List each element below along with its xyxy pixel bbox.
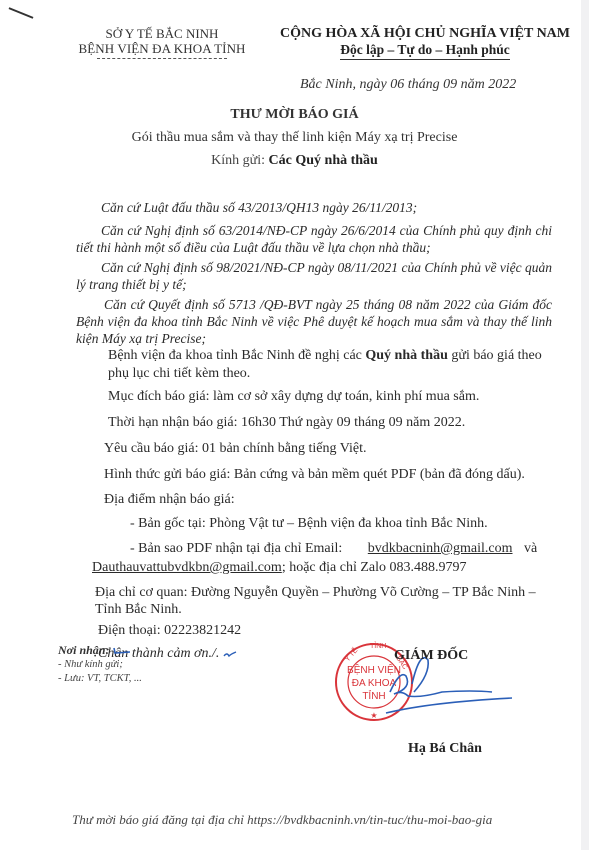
phone-line: Điện thoại: 02223821242	[98, 622, 241, 640]
address-block: Địa chỉ cơ quan: Đường Nguyễn Quyền – Ph…	[95, 584, 536, 618]
pdf-copy-prefix: - Bản sao PDF nhận tại địa chỉ Email:	[130, 541, 346, 556]
deadline-line: Thời hạn nhận báo giá: 16h30 Thứ ngày 09…	[108, 414, 465, 432]
svg-text:BỆNH VIỆN: BỆNH VIỆN	[347, 663, 401, 676]
purpose-line: Mục đích báo giá: làm cơ sở xây dựng dự …	[108, 388, 479, 406]
original-copy-line: - Bản gốc tại: Phòng Vật tư – Bệnh viện …	[130, 515, 488, 533]
requirement-line: Yêu cầu báo giá: 01 bản chính bằng tiếng…	[104, 440, 367, 458]
national-title: CỘNG HÒA XÃ HỘI CHỦ NGHĨA VIỆT NAM	[262, 26, 588, 42]
legal-basis-1: Căn cứ Luật đấu thầu số 43/2013/QH13 ngà…	[101, 199, 551, 216]
signature-ink	[386, 675, 512, 713]
national-header: CỘNG HÒA XÃ HỘI CHỦ NGHĨA VIỆT NAM Độc l…	[262, 26, 588, 60]
signer-title: GIÁM ĐỐC	[394, 648, 468, 664]
initials-mark-icon	[223, 650, 237, 658]
issuing-agency: SỞ Y TẾ BẮC NINH BỆNH VIỆN ĐA KHOA TỈNH	[62, 26, 262, 59]
national-motto: Độc lập – Tự do – Hạnh phúc	[340, 42, 510, 60]
legal-basis-2: Căn cứ Nghị định số 63/2014/NĐ-CP ngày 2…	[76, 222, 552, 256]
legal-basis-3: Căn cứ Nghị định số 98/2021/NĐ-CP ngày 0…	[76, 259, 552, 293]
svg-text:ĐA KHOA: ĐA KHOA	[352, 678, 397, 689]
request-prefix: Bệnh viện đa khoa tỉnh Bắc Ninh đề nghị …	[108, 348, 365, 363]
pdf-copy-line: - Bản sao PDF nhận tại địa chỉ Email: bv…	[130, 540, 537, 558]
footer-note: Thư mời báo giá đăng tại địa chỉ https:/…	[72, 812, 492, 828]
email-link-2[interactable]: Dauthauvattubvdkbn@gmail.com	[92, 560, 282, 575]
agency-department: SỞ Y TẾ BẮC NINH	[62, 26, 262, 41]
signer-name: Hạ Bá Chân	[408, 741, 482, 757]
initials-mark-icon	[112, 647, 132, 655]
svg-text:TỈNH: TỈNH	[370, 641, 386, 650]
document-title: THƯ MỜI BÁO GIÁ	[0, 107, 589, 123]
header-divider	[97, 58, 227, 59]
agency-hospital: BỆNH VIỆN ĐA KHOA TỈNH	[62, 41, 262, 56]
request-bold: Quý nhà thầu	[365, 348, 447, 363]
greeting-recipient: Các Quý nhà thầu	[269, 153, 378, 168]
address-line-1: Địa chỉ cơ quan: Đường Nguyễn Quyền – Ph…	[95, 584, 536, 601]
document-date: Bắc Ninh, ngày 06 tháng 09 năm 2022	[300, 77, 516, 93]
location-label: Địa điểm nhận báo giá:	[104, 491, 235, 509]
svg-text:TỈNH: TỈNH	[362, 689, 385, 702]
submission-form-line: Hình thức gửi báo giá: Bản cứng và bản m…	[104, 466, 525, 484]
address-line-2: Tỉnh Bắc Ninh.	[95, 601, 536, 618]
greeting-prefix: Kính gửi:	[211, 153, 268, 168]
email-link-1[interactable]: bvdkbacninh@gmail.com	[368, 541, 513, 556]
legal-basis-4: Căn cứ Quyết định số 5713 /QĐ-BVT ngày 2…	[76, 296, 552, 347]
pen-mark	[9, 7, 34, 19]
pdf-copy-and: và	[521, 541, 538, 556]
recipient-item: - Như kính gửi;	[58, 658, 142, 672]
greeting: Kính gửi: Các Quý nhà thầu	[0, 153, 589, 169]
email-zalo-line: Dauthauvattubvdkbn@gmail.com; hoặc địa c…	[92, 559, 467, 577]
recipient-item: - Lưu: VT, TCKT, ...	[58, 672, 142, 686]
zalo-text: ; hoặc địa chỉ Zalo 083.488.9797	[282, 560, 467, 575]
request-paragraph: Bệnh viện đa khoa tỉnh Bắc Ninh đề nghị …	[108, 347, 558, 383]
recipients-block: Nơi nhận: - Như kính gửi; - Lưu: VT, TCK…	[58, 643, 142, 686]
recipients-label: Nơi nhận:	[58, 643, 142, 658]
document-subject: Gói thầu mua sắm và thay thế linh kiện M…	[0, 130, 589, 146]
page-edge	[581, 0, 589, 850]
svg-text:★: ★	[370, 711, 377, 720]
